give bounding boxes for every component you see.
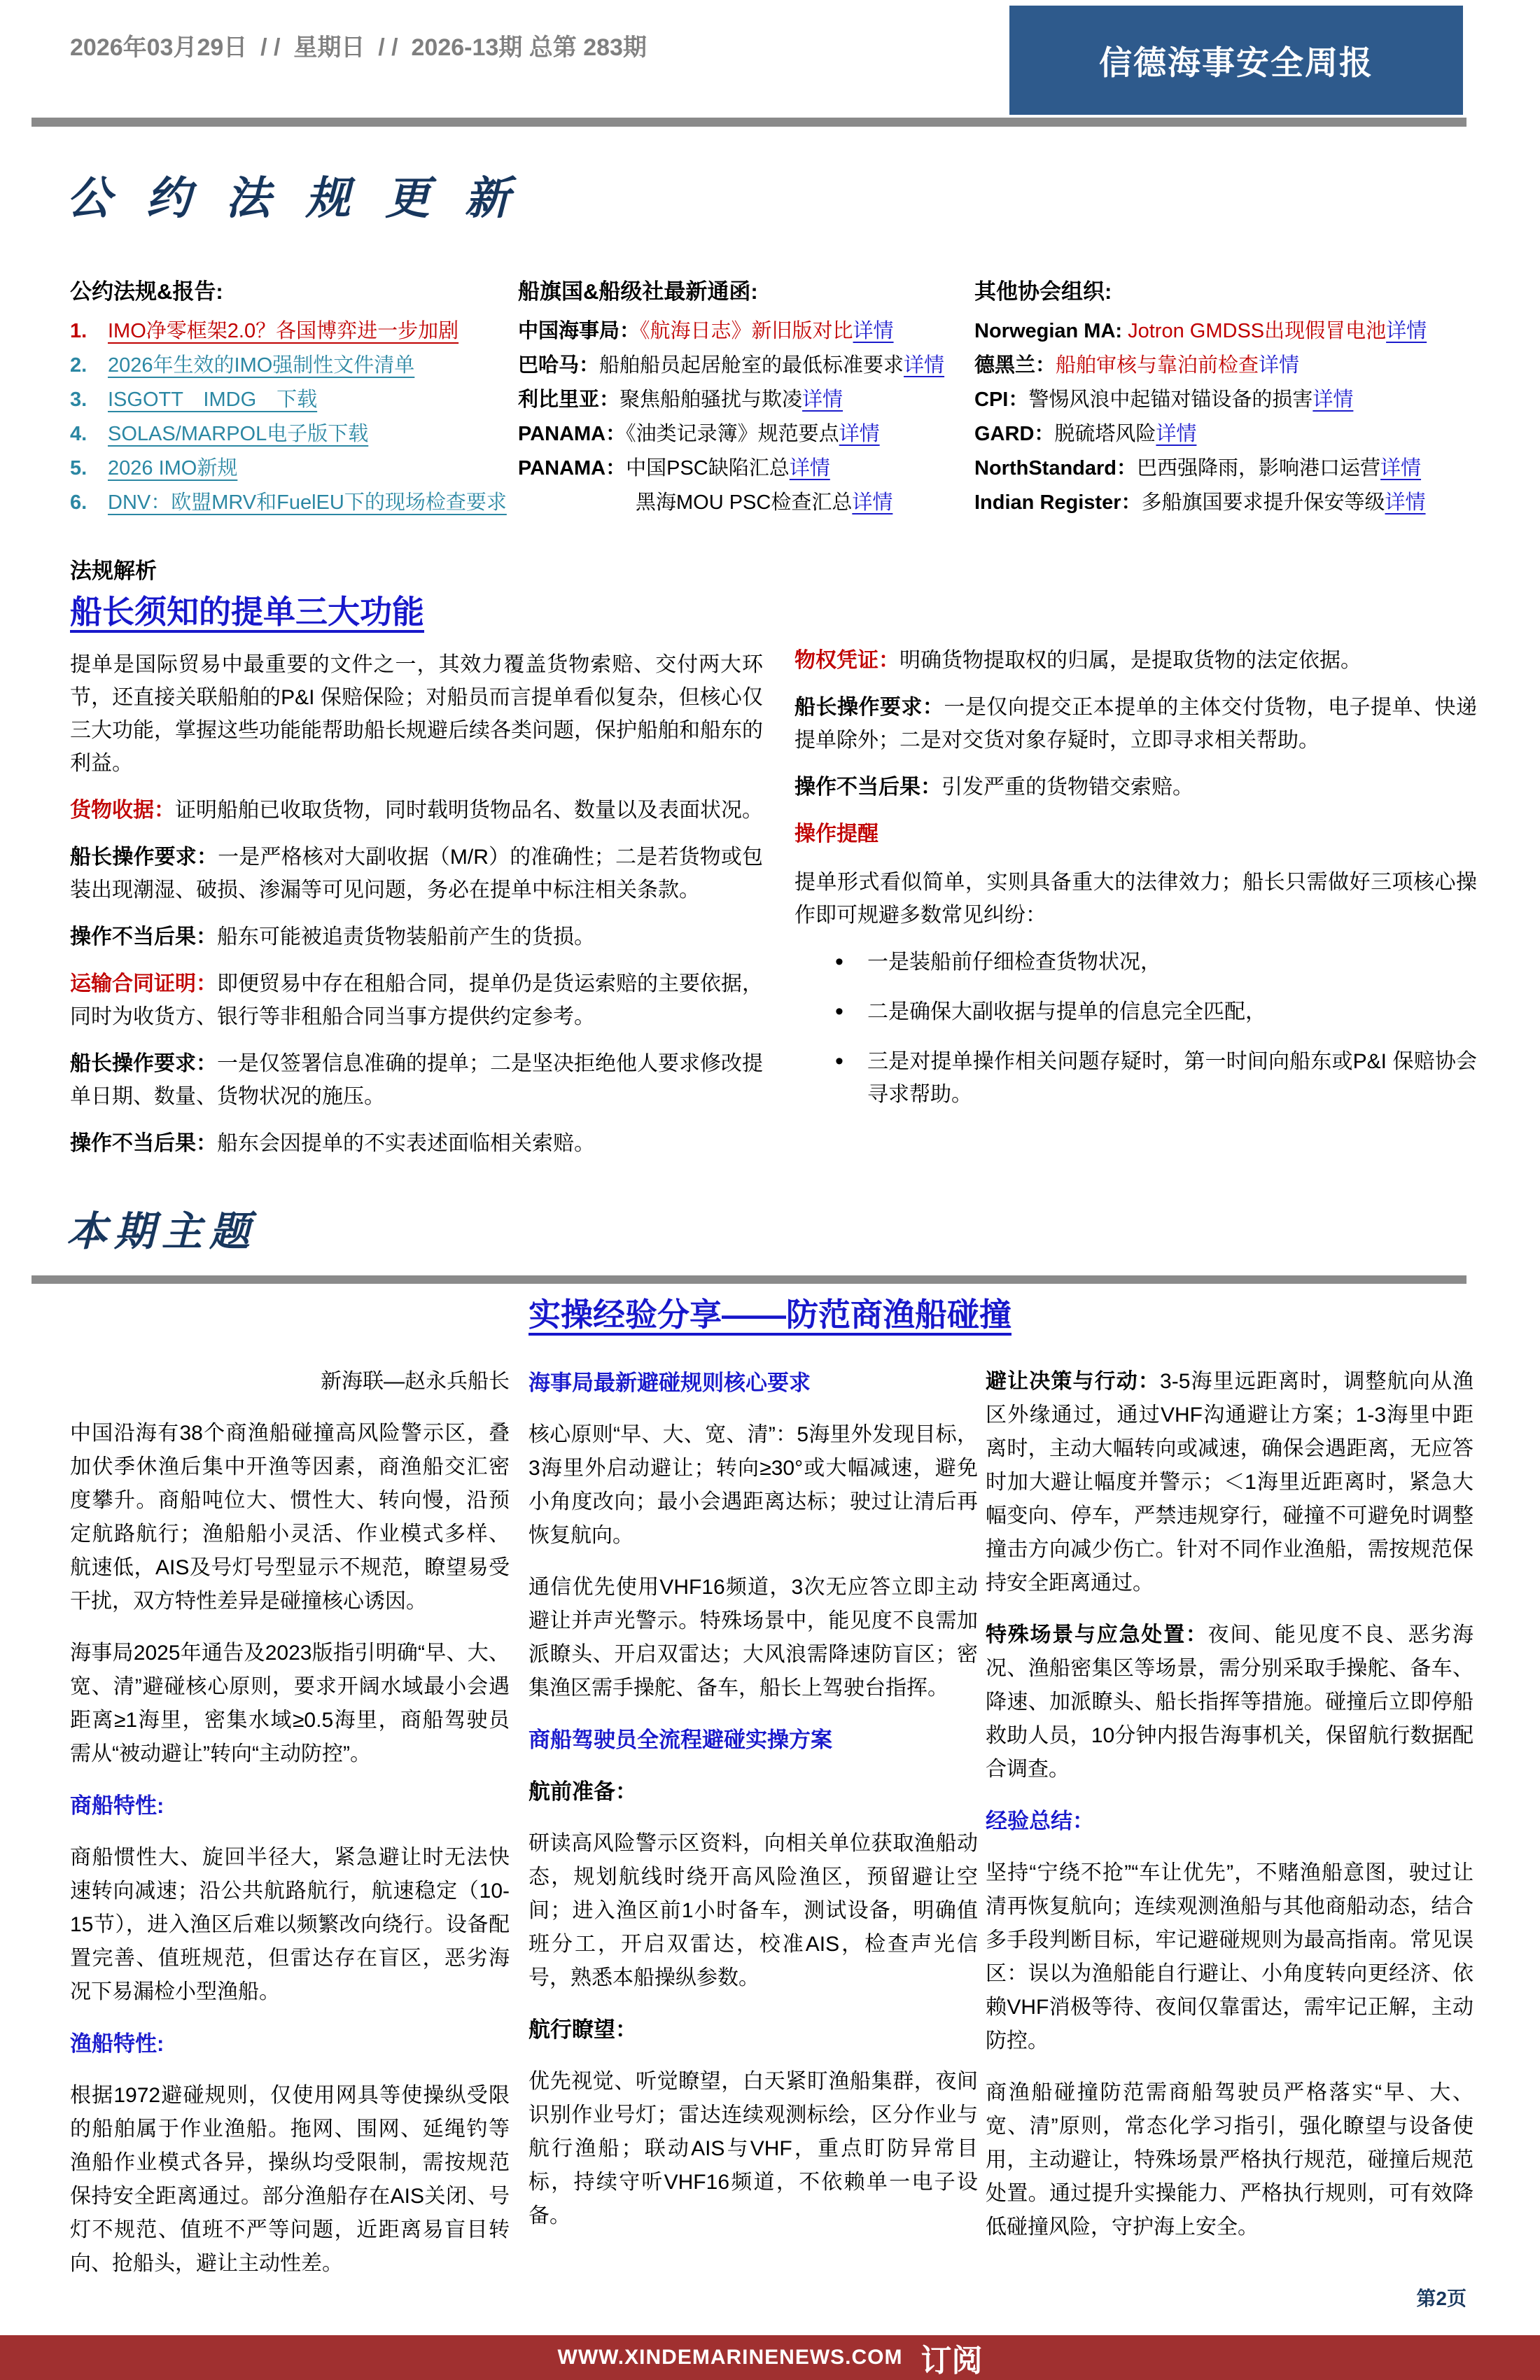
item-source: PANAMA： — [518, 423, 626, 445]
list-item: 2. 2026年生效的IMO强制性文件清单 — [70, 349, 504, 383]
subheading-fishing-vessel: 渔船特性: — [70, 2027, 510, 2061]
item-source: 利比里亚： — [518, 388, 619, 411]
item-source: NorthStandard： — [974, 457, 1137, 479]
theme-column-3: 避让决策与行动：3-5海里远距离时，调整航向从渔区外缘通过，通过VHF沟通避让方… — [986, 1365, 1473, 2262]
other-associations-list: 其他协会组织: Norwegian MA: Jotron GMDSS出现假冒电池… — [974, 274, 1478, 520]
list-item: 利比里亚：聚焦船舶骚扰与欺凌详情 — [518, 383, 976, 417]
list-item: 5. 2026 IMO新规 — [70, 451, 504, 486]
theme-column-1: 新海联—赵永兵船长 中国沿海有38个商渔船碰撞高风险警示区，叠加伏季休渔后集中开… — [70, 1365, 510, 2299]
list-item: Norwegian MA: Jotron GMDSS出现假冒电池详情 — [974, 314, 1478, 349]
paragraph-text: 证明船舶已收取货物，同时载明货物品名、数量以及表面状况。 — [175, 799, 763, 822]
item-source: Indian Register： — [974, 491, 1142, 514]
detail-link[interactable]: 详情 — [1312, 388, 1353, 411]
bullet-item: 三是对提单操作相关问题存疑时，第一时间向船东或P&I 保赔协会寻求帮助。 — [835, 1045, 1477, 1111]
bullet-item: 二是确保大副收据与提单的信息完全匹配， — [835, 995, 1477, 1028]
analysis-right-column: 物权凭证：明确货物提取权的归属，是提取货物的法定依据。 船长操作要求：一是仅向提… — [794, 644, 1477, 1128]
list-item: 6. DNV：欧盟MRV和FuelEU下的现场检查要求 — [70, 486, 504, 520]
regulations-report-list: 公约法规&报告: 1. IMO净零框架2.0？各国博弈进一步加剧 2. 2026… — [70, 274, 504, 520]
bullet-item: 一是装船前仔细检查货物状况， — [835, 946, 1477, 979]
subheading-msa-rules: 海事局最新避碰规则核心要求 — [528, 1366, 978, 1400]
list-item: 3. ISGOTT IMDG 下载 — [70, 383, 504, 417]
item-text: Jotron GMDSS出现假冒电池 — [1128, 320, 1386, 342]
item-text: 多船旗国要求提升保安等级 — [1142, 491, 1385, 514]
paragraph: 提单是国际贸易中最重要的文件之一，其效力覆盖货物索赔、交付两大环节，还直接关联船… — [70, 648, 763, 780]
reminder-heading: 操作提醒 — [794, 818, 1477, 850]
theme-divider — [31, 1275, 1466, 1284]
item-text: 中国PSC缺陷汇总 — [626, 457, 790, 479]
inline-heading: 操作不当后果： — [70, 925, 217, 948]
section-title-regulations: 公 约 法 规 更 新 — [66, 162, 521, 227]
analysis-kicker: 法规解析 — [70, 553, 157, 584]
inline-heading: 船长操作要求： — [794, 696, 944, 719]
item-text: 《航海日志》新旧版对比 — [640, 320, 853, 342]
article-link[interactable]: SOLAS/MARPOL电子版下载 — [108, 417, 368, 451]
item-number: 1. — [70, 314, 108, 349]
item-source: 中国海事局： — [518, 320, 640, 342]
paragraph-text: 船东可能被追责货物装船前产生的货损。 — [217, 925, 595, 948]
item-text: 聚焦船舶骚扰与欺凌 — [619, 388, 802, 411]
list-item: GARD：脱硫塔风险详情 — [974, 417, 1478, 451]
list-item: 1. IMO净零框架2.0？各国博弈进一步加剧 — [70, 314, 504, 349]
analysis-article-title-link[interactable]: 船长须知的提单三大功能 — [70, 587, 424, 633]
subheading-merchant-ship: 商船特性: — [70, 1789, 510, 1823]
paragraph: 海事局2025年通告及2023版指引明确“早、大、宽、清”避碰核心原则，要求开阔… — [70, 1637, 510, 1771]
item-text: 船舶船员起居舱室的最低标准要求 — [599, 354, 904, 377]
theme-article-title: 实操经验分享——防范商渔船碰撞 — [0, 1289, 1540, 1336]
inline-heading: 避让决策与行动： — [986, 1370, 1160, 1393]
inline-heading: 特殊场景与应急处置： — [986, 1623, 1208, 1646]
issue-date-line: 2026年03月29日 / / 星期日 / / 2026-13期 总第 283期 — [70, 28, 647, 62]
paragraph: 商渔船碰撞防范需商船驾驶员严格落实“早、大、宽、清”原则，常态化学习指引，强化瞭… — [986, 2076, 1473, 2244]
inline-heading: 船长操作要求： — [70, 1052, 217, 1075]
paragraph: 特殊场景与应急处置：夜间、能见度不良、恶劣海况、渔船密集区等场景，需分别采取手操… — [986, 1618, 1473, 1786]
list-item: 黑海MOU PSC检查汇总详情 — [636, 486, 976, 520]
flag-state-circulars-list: 船旗国&船级社最新通函: 中国海事局：《航海日志》新旧版对比详情 巴哈马：船舶船… — [518, 274, 976, 520]
item-source: GARD： — [974, 423, 1054, 445]
theme-article-title-link[interactable]: 实操经验分享——防范商渔船碰撞 — [528, 1296, 1011, 1333]
inline-heading: 货物收据： — [70, 799, 175, 822]
item-source: CPI： — [974, 388, 1028, 411]
detail-link[interactable]: 详情 — [904, 354, 944, 377]
subheading-pre-voyage: 航前准备： — [528, 1775, 978, 1809]
paragraph: 操作不当后果：船东可能被追责货物装船前产生的货损。 — [70, 920, 763, 953]
list-item: CPI：警惕风浪中起锚对锚设备的损害详情 — [974, 383, 1478, 417]
theme-column-2: 海事局最新避碰规则核心要求 核心原则“早、大、宽、清”：5海里外发现目标，3海里… — [528, 1365, 978, 2251]
paragraph: 坚持“宁绕不抢”“车让优先”，不赌渔船意图，驶过让清再恢复航向；连续观测渔船与其… — [986, 1856, 1473, 2058]
list-item: 中国海事局：《航海日志》新旧版对比详情 — [518, 314, 976, 349]
item-source: PANAMA： — [518, 457, 626, 479]
list-item: PANAMA：中国PSC缺陷汇总详情 — [518, 451, 976, 486]
article-link[interactable]: DNV：欧盟MRV和FuelEU下的现场检查要求 — [108, 486, 507, 520]
detail-link[interactable]: 详情 — [802, 388, 843, 411]
paragraph: 提单形式看似简单，实则具备重大的法律效力；船长只需做好三项核心操作即可规避多数常… — [794, 866, 1477, 932]
item-text: 巴西强降雨，影响港口运营 — [1137, 457, 1380, 479]
list-item: 巴哈马：船舶船员起居舱室的最低标准要求详情 — [518, 349, 976, 383]
paragraph-text: 3-5海里远距离时，调整航向从渔区外缘通过，通过VHF沟通避让方案；1-3海里中… — [986, 1370, 1473, 1595]
inline-heading: 船长操作要求： — [70, 846, 218, 869]
page-number: 第2页 — [1416, 2283, 1466, 2311]
footer-bar: WWW.XINDEMARINENEWS.COM 订阅 — [0, 2335, 1540, 2380]
paragraph: 研读高风险警示区资料，向相关单位获取渔船动态，规划航线时绕开高风险渔区，预留避让… — [528, 1827, 978, 1995]
inline-heading: 操作不当后果： — [794, 776, 941, 799]
list-heading: 公约法规&报告: — [70, 274, 504, 309]
item-number: 2. — [70, 349, 108, 383]
detail-link[interactable]: 详情 — [790, 457, 830, 479]
detail-link[interactable]: 详情 — [1385, 491, 1426, 514]
item-number: 5. — [70, 451, 108, 486]
analysis-left-column: 提单是国际贸易中最重要的文件之一，其效力覆盖货物索赔、交付两大环节，还直接关联船… — [70, 648, 763, 1174]
item-text: 《油类记录簿》规范要点 — [626, 423, 839, 445]
paragraph: 物权凭证：明确货物提取权的归属，是提取货物的法定依据。 — [794, 644, 1477, 677]
item-text: 船舶审核与靠泊前检查 — [1056, 354, 1259, 377]
paragraph: 核心原则“早、大、宽、清”：5海里外发现目标，3海里外启动避让；转向≥30°或大… — [528, 1418, 978, 1553]
list-heading: 其他协会组织: — [974, 274, 1478, 309]
subheading-full-process-plan: 商船驾驶员全流程避碰实操方案 — [528, 1723, 978, 1757]
article-link[interactable]: ISGOTT IMDG 下载 — [108, 383, 317, 417]
detail-link[interactable]: 详情 — [1386, 320, 1427, 342]
article-link[interactable]: 2026年生效的IMO强制性文件清单 — [108, 349, 414, 383]
item-number: 6. — [70, 486, 108, 520]
paragraph-text: 夜间、能见度不良、恶劣海况、渔船密集区等场景，需分别采取手操舵、备车、降速、加派… — [986, 1623, 1473, 1781]
paragraph: 货物收据：证明船舶已收取货物，同时载明货物品名、数量以及表面状况。 — [70, 794, 763, 827]
item-source: Norwegian MA: — [974, 320, 1128, 342]
website-link[interactable]: WWW.XINDEMARINENEWS.COM — [558, 2346, 903, 2369]
paragraph: 通信优先使用VHF16频道，3次无应答立即主动避让并声光警示。特殊场景中，能见度… — [528, 1571, 978, 1705]
paragraph: 操作不当后果：船东会因提单的不实表述面临相关索赔。 — [70, 1127, 763, 1160]
subheading-experience-summary: 经验总结： — [986, 1805, 1473, 1838]
paragraph: 中国沿海有38个商渔船碰撞高风险警示区，叠加伏季休渔后集中开渔等因素，商渔船交汇… — [70, 1417, 510, 1618]
paragraph: 优先视觉、听觉瞭望，白天紧盯渔船集群，夜间识别作业号灯；雷达连续观测标绘，区分作… — [528, 2065, 978, 2233]
item-text: 脱硫塔风险 — [1054, 423, 1156, 445]
detail-link[interactable]: 详情 — [1259, 354, 1299, 377]
item-source: 德黑兰： — [974, 354, 1056, 377]
paragraph-text: 船东会因提单的不实表述面临相关索赔。 — [217, 1132, 595, 1155]
article-link[interactable]: IMO净零框架2.0？各国博弈进一步加剧 — [108, 314, 458, 349]
paragraph: 操作不当后果：引发严重的货物错交索赔。 — [794, 771, 1477, 804]
paragraph: 根据1972避碰规则，仅使用网具等使操纵受限的船舶属于作业渔船。拖网、围网、延绳… — [70, 2079, 510, 2281]
paragraph: 运输合同证明：即便贸易中存在租船合同，提单仍是货运索赔的主要依据，同时为收货方、… — [70, 967, 763, 1033]
item-number: 4. — [70, 417, 108, 451]
inline-heading: 运输合同证明： — [70, 972, 217, 995]
list-heading: 船旗国&船级社最新通函: — [518, 274, 976, 309]
list-item: NorthStandard：巴西强降雨，影响港口运营详情 — [974, 451, 1478, 486]
item-text: 警惕风浪中起锚对锚设备的损害 — [1028, 388, 1312, 411]
paragraph: 船长操作要求：一是仅向提交正本提单的主体交付货物，电子提单、快递提单除外；二是对… — [794, 691, 1477, 757]
paragraph-text: 引发严重的货物错交索赔。 — [941, 776, 1193, 799]
detail-link[interactable]: 详情 — [853, 320, 894, 342]
item-text: 黑海MOU PSC检查汇总 — [636, 491, 852, 514]
section-title-theme: 本期主题 — [66, 1198, 257, 1257]
list-item: Indian Register：多船旗国要求提升保安等级详情 — [974, 486, 1478, 520]
item-number: 3. — [70, 383, 108, 417]
byline: 新海联—赵永兵船长 — [70, 1365, 510, 1399]
header-divider — [31, 118, 1466, 127]
inline-heading: 物权凭证： — [794, 649, 899, 672]
brand-banner: 信德海事安全周报 — [1009, 6, 1463, 115]
list-item: PANAMA：《油类记录簿》规范要点详情 — [518, 417, 976, 451]
paragraph-text: 明确货物提取权的归属，是提取货物的法定依据。 — [899, 649, 1361, 672]
inline-heading: 操作不当后果： — [70, 1132, 217, 1155]
item-source: 巴哈马： — [518, 354, 599, 377]
detail-link[interactable]: 详情 — [1380, 457, 1421, 479]
paragraph: 船长操作要求：一是仅签署信息准确的提单；二是坚决拒绝他人要求修改提单日期、数量、… — [70, 1047, 763, 1113]
paragraph: 船长操作要求：一是严格核对大副收据（M/R）的准确性；二是若货物或包装出现潮湿、… — [70, 841, 763, 906]
article-link[interactable]: 2026 IMO新规 — [108, 451, 237, 486]
paragraph: 避让决策与行动：3-5海里远距离时，调整航向从渔区外缘通过，通过VHF沟通避让方… — [986, 1365, 1473, 1600]
detail-link[interactable]: 详情 — [839, 423, 880, 445]
subheading-lookout: 航行瞭望： — [528, 2013, 978, 2047]
subscribe-link[interactable]: 订阅 — [920, 2335, 982, 2380]
paragraph: 商船惯性大、旋回半径大，紧急避让时无法快速转向减速；沿公共航路航行，航速稳定（1… — [70, 1841, 510, 2009]
list-item: 4. SOLAS/MARPOL电子版下载 — [70, 417, 504, 451]
detail-link[interactable]: 详情 — [852, 491, 892, 514]
newsletter-page: 2026年03月29日 / / 星期日 / / 2026-13期 总第 283期… — [0, 0, 1540, 2380]
list-item: 德黑兰：船舶审核与靠泊前检查详情 — [974, 349, 1478, 383]
detail-link[interactable]: 详情 — [1156, 423, 1196, 445]
